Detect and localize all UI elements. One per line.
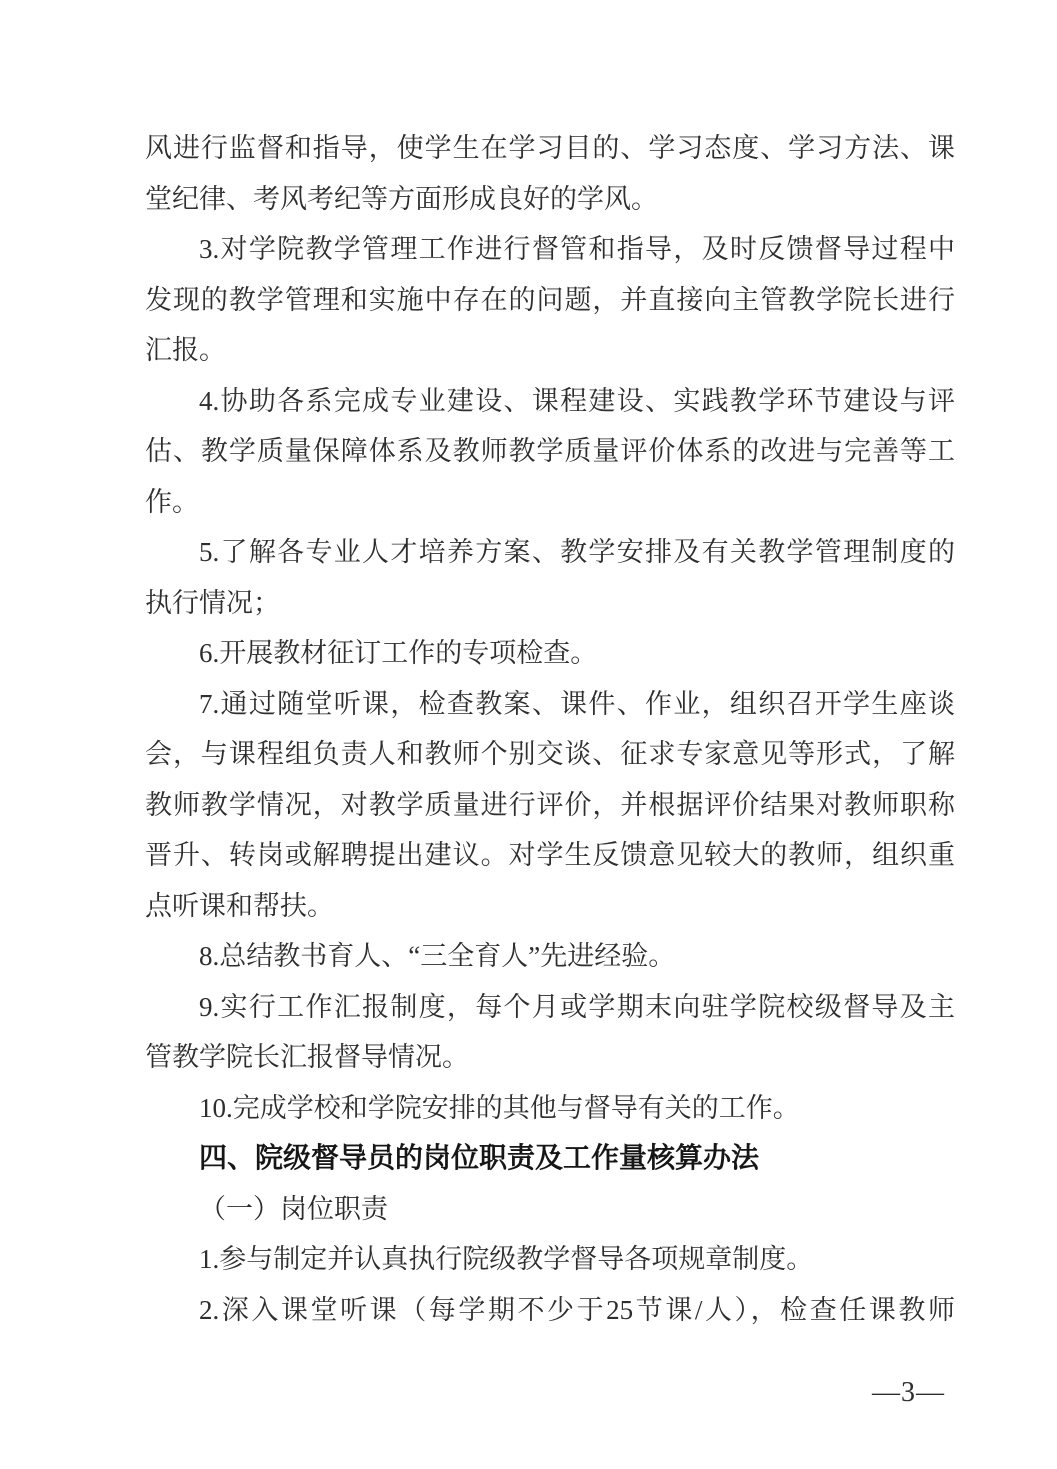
text-line: 5.了解各专业人才培养方案、教学安排及有关教学管理制度的 bbox=[145, 527, 955, 578]
text-line: 9.实行工作汇报制度，每个月或学期末向驻学院校级督导及主 bbox=[145, 982, 955, 1033]
text-line: 教师教学情况，对教学质量进行评价，并根据评价结果对教师职称 bbox=[145, 780, 955, 831]
text-line: 估、教学质量保障体系及教师教学质量评价体系的改进与完善等工 bbox=[145, 426, 955, 477]
document-page: 风进行监督和指导，使学生在学习目的、学习态度、学习方法、课堂纪律、考风考纪等方面… bbox=[0, 0, 1057, 1469]
text-line: 堂纪律、考风考纪等方面形成良好的学风。 bbox=[145, 174, 955, 225]
text-line: 3.对学院教学管理工作进行督管和指导，及时反馈督导过程中 bbox=[145, 224, 955, 275]
text-line: 1.参与制定并认真执行院级教学督导各项规章制度。 bbox=[145, 1234, 955, 1285]
text-line: 会，与课程组负责人和教师个别交谈、征求专家意见等形式，了解 bbox=[145, 729, 955, 780]
text-line: 10.完成学校和学院安排的其他与督导有关的工作。 bbox=[145, 1083, 955, 1134]
text-line: 晋升、转岗或解聘提出建议。对学生反馈意见较大的教师，组织重 bbox=[145, 830, 955, 881]
text-line: 风进行监督和指导，使学生在学习目的、学习态度、学习方法、课 bbox=[145, 123, 955, 174]
page-number: —3— bbox=[872, 1378, 945, 1408]
text-line: 2.深入课堂听课（每学期不少于25节课/人），检查任课教师 bbox=[145, 1285, 955, 1336]
document-body: 风进行监督和指导，使学生在学习目的、学习态度、学习方法、课堂纪律、考风考纪等方面… bbox=[145, 123, 955, 1335]
text-line: 7.通过随堂听课，检查教案、课件、作业，组织召开学生座谈 bbox=[145, 679, 955, 730]
text-line: 管教学院长汇报督导情况。 bbox=[145, 1032, 955, 1083]
text-line: 发现的教学管理和实施中存在的问题，并直接向主管教学院长进行 bbox=[145, 275, 955, 326]
text-line: 四、院级督导员的岗位职责及工作量核算办法 bbox=[145, 1133, 955, 1184]
text-line: 8.总结教书育人、“三全育人”先进经验。 bbox=[145, 931, 955, 982]
text-line: （一）岗位职责 bbox=[145, 1184, 955, 1235]
text-line: 执行情况； bbox=[145, 578, 955, 629]
text-line: 6.开展教材征订工作的专项检查。 bbox=[145, 628, 955, 679]
text-line: 4.协助各系完成专业建设、课程建设、实践教学环节建设与评 bbox=[145, 376, 955, 427]
text-line: 作。 bbox=[145, 477, 955, 528]
text-line: 点听课和帮扶。 bbox=[145, 881, 955, 932]
text-line: 汇报。 bbox=[145, 325, 955, 376]
